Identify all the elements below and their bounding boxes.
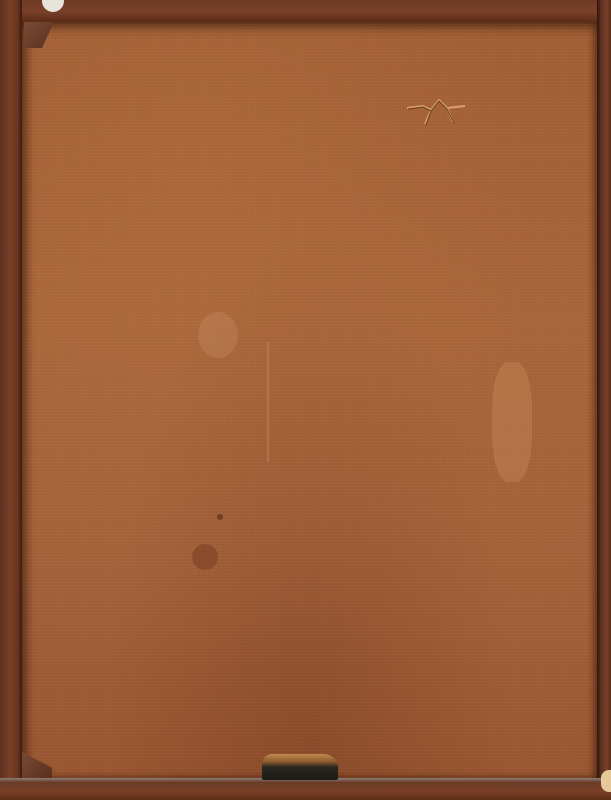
frame-bottom xyxy=(0,778,611,800)
canvas-backing xyxy=(22,22,597,778)
scratch-mark xyxy=(267,342,269,462)
tear-mark xyxy=(405,98,467,126)
faded-patch xyxy=(198,312,238,358)
light-patch xyxy=(492,362,532,482)
frame-right xyxy=(597,0,611,800)
framed-painting-back xyxy=(0,0,611,800)
stain-spot xyxy=(192,544,218,570)
small-stain xyxy=(217,514,223,520)
frame-left xyxy=(0,0,22,800)
frame-top xyxy=(0,0,611,22)
hanging-bracket xyxy=(262,754,338,780)
label-corner xyxy=(601,770,611,792)
